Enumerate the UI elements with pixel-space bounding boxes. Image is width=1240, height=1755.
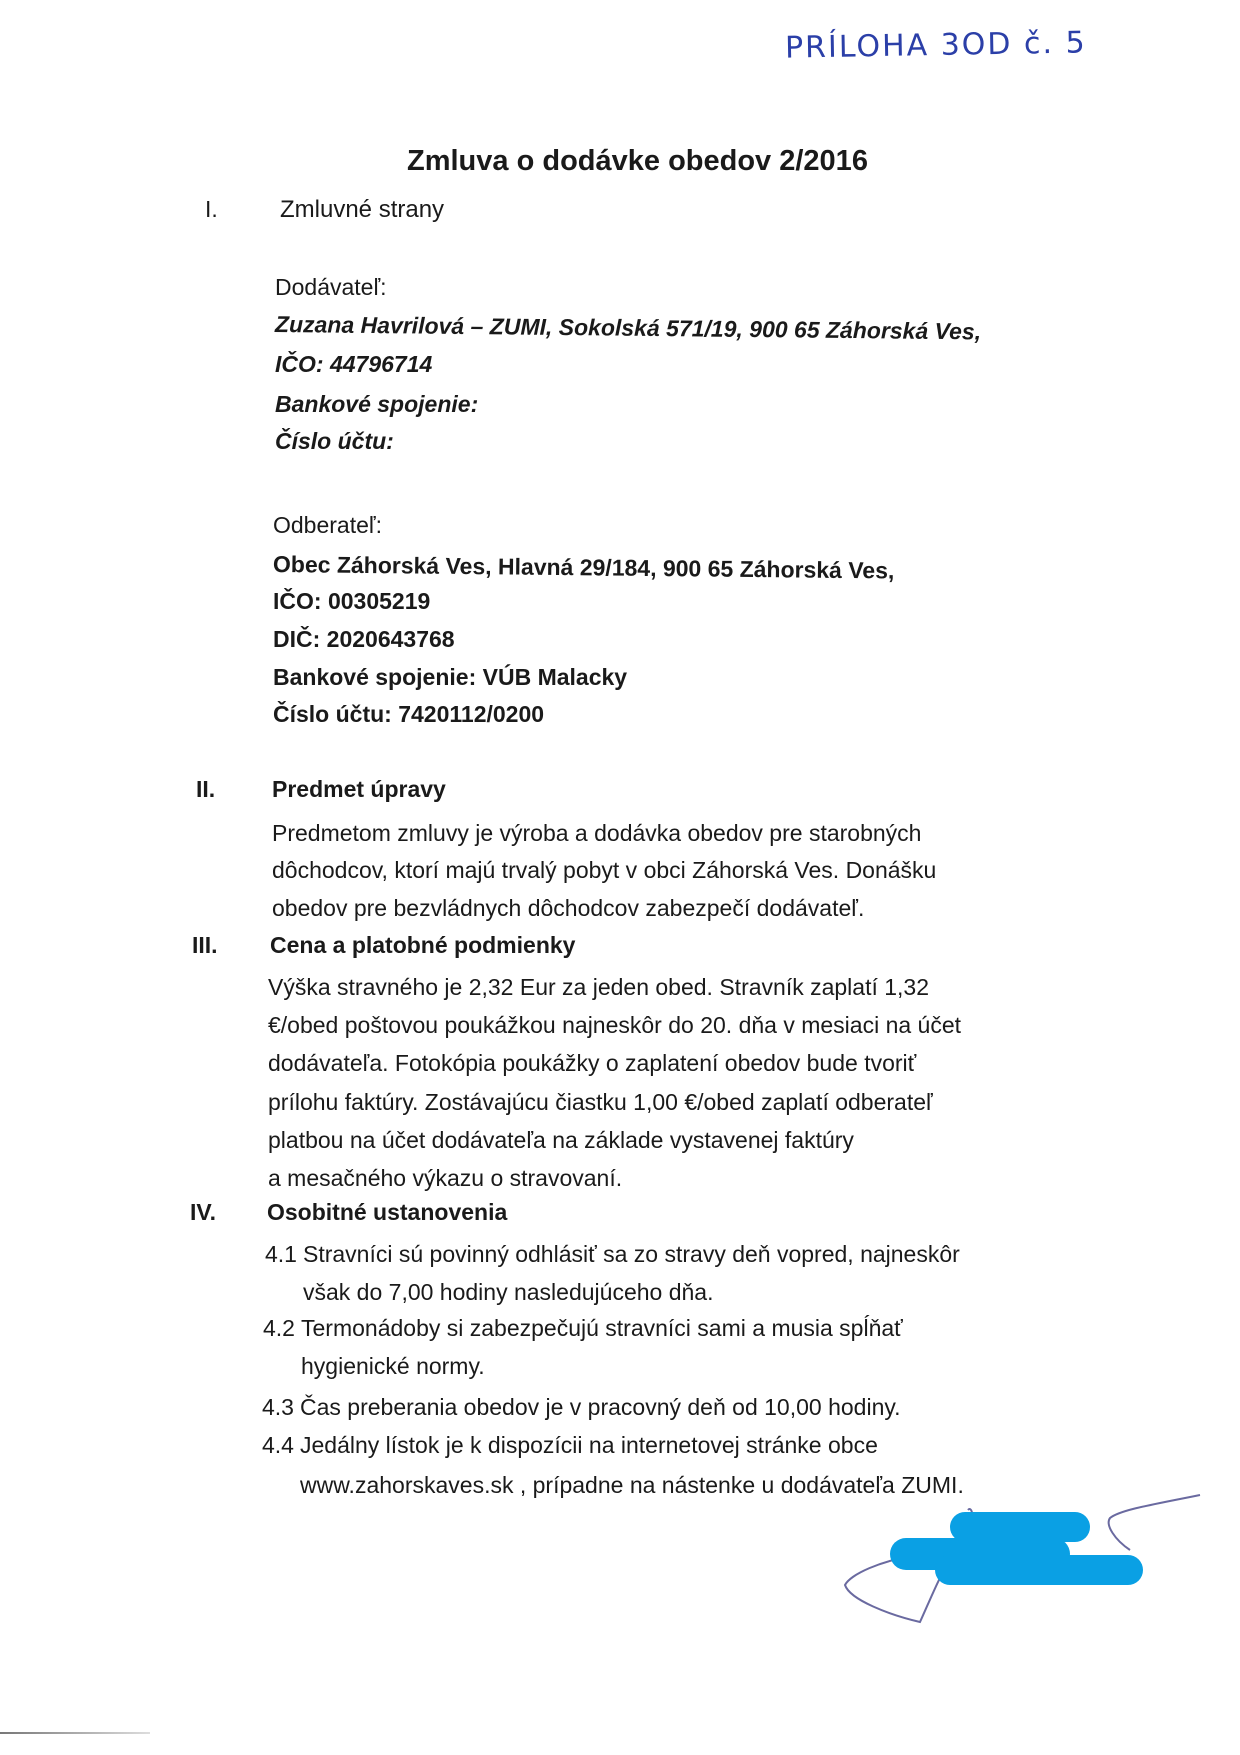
signature-redaction bbox=[935, 1555, 1143, 1585]
signature-scribble bbox=[0, 0, 1240, 1755]
signature-redaction bbox=[950, 1512, 1090, 1542]
scan-edge-line bbox=[0, 1732, 150, 1734]
